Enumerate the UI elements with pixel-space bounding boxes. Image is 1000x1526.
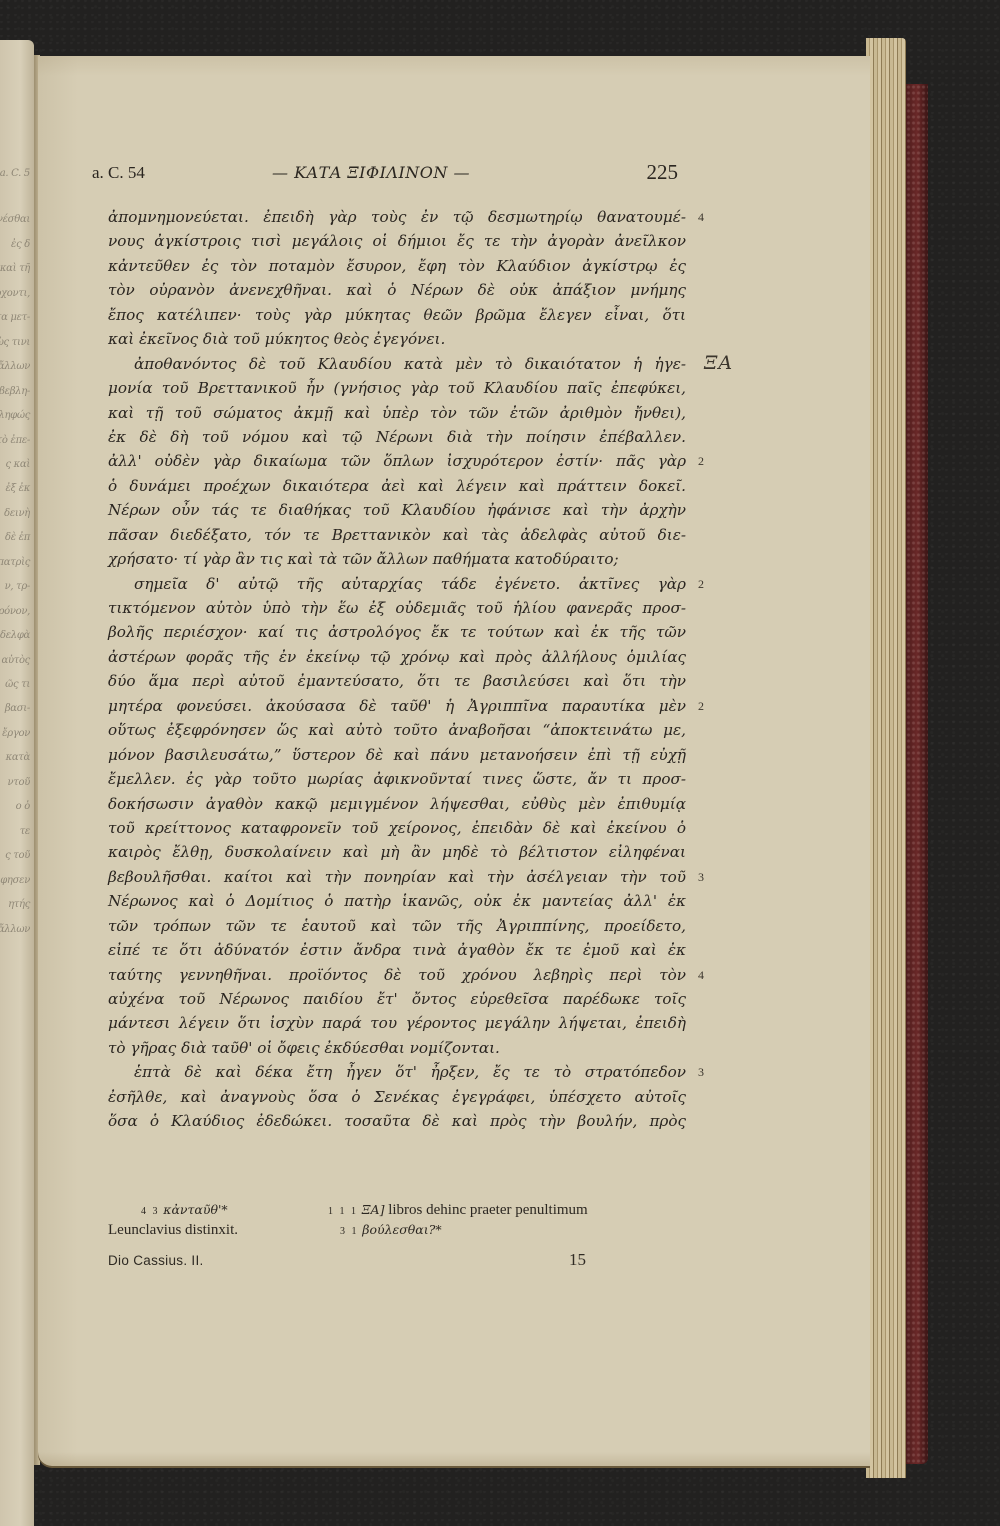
text-line: νους ἀγκίστροις τισὶ μεγάλοις οἱ δήμιοι … [108, 229, 686, 253]
line-text: ἔπος κατέλιπεν· τοὺς γὰρ μύκητας θεῶν βρ… [108, 306, 686, 324]
bleed-through-text: κατὰ [6, 752, 30, 763]
section-number: 2 [698, 572, 704, 596]
section-number: 2 [698, 449, 704, 473]
bleed-through-text: ητής [8, 899, 30, 910]
line-text: ὁ δυνάμει προέχων δικαιότερα ἀεὶ καὶ λέγ… [108, 477, 686, 495]
text-line: τικτόμενον αὐτὸν ὑπὸ τὴν ἕω ἐξ οὐδεμιᾶς … [108, 596, 686, 620]
line-text: καιρὸς ἔλθῃ, δυσκολαίνειν καὶ μὴ ἂν μηδὲ… [108, 843, 686, 861]
line-text: πᾶσαν διεδέξατο, τόν τε Βρεττανικὸν καὶ … [108, 526, 686, 544]
line-text: κἀντεῦθεν ἐς τὸν ποταμὸν ἔσυρον, ἔφη τὸν… [108, 257, 686, 275]
bleed-through-text: δεινὴ [4, 508, 30, 519]
bleed-through-text: χρόνον, [0, 606, 30, 617]
text-line: μάντεσι λέγειν ὅτι ἰσχὺν παρά του γέροντ… [108, 1011, 686, 1035]
bleed-through-text: γενέσθαι [0, 214, 30, 225]
text-line: βεβουλῆσθαι. καίτοι καὶ τὴν πονηρίαν καὶ… [108, 865, 686, 889]
bleed-through-text: πατρὶς [0, 557, 30, 568]
text-line: Νέρωνος καὶ ὁ Δομίτιος ὁ πατὴρ ἱκανῶς, ο… [108, 889, 686, 913]
text-line: βολῆς περιέσχον· καί τις ἀστρολόγος ἔκ τ… [108, 620, 686, 644]
line-text: χρήσατο· τί γὰρ ἂν τις καὶ τὰ τῶν ἄλλων … [108, 550, 619, 568]
year-reference: a. C. 54 [92, 163, 145, 183]
facing-page-edge: a. C. 5γενέσθαιἐς δκαὶ τῆἄρχοντι,ταῦτα μ… [0, 40, 34, 1526]
text-line: ἔπος κατέλιπεν· τοὺς γὰρ μύκητας θεῶν βρ… [108, 303, 686, 327]
line-text: ταύτης γεννηθῆναι. προϊόντος δὲ τοῦ χρόν… [108, 966, 686, 984]
line-text: ἐσῆλθε, καὶ ἀναγνοὺς ὅσα ὁ Σενέκας ἐγεγρ… [108, 1088, 686, 1106]
line-text: ἀπομνημονεύεται. ἐπειδὴ γὰρ τοὺς ἐν τῷ δ… [108, 208, 686, 226]
line-text: βολῆς περιέσχον· καί τις ἀστρολόγος ἔκ τ… [108, 623, 686, 641]
line-text: ἀστέρων φορᾶς τῆς ἐν ἐκείνῳ τῷ χρόνῳ καὶ… [108, 648, 686, 666]
footnote-right-2: 3 1 βούλεσθαι?* [340, 1222, 698, 1239]
text-line: οὕτως ἐξεφρόνησεν ὥς καὶ αὐτὸ τοῦτο ἀναβ… [108, 718, 686, 742]
text-line: καιρὸς ἔλθῃ, δυσκολαίνειν καὶ μὴ ἂν μηδὲ… [108, 840, 686, 864]
footnote-greek: ΞΑ] [362, 1202, 385, 1217]
text-line: ἀλλ' οὐδὲν γὰρ δικαίωμα τῶν ὅπλων ἰσχυρό… [108, 449, 686, 473]
text-line: καὶ τῇ τοῦ σώματος ἀκμῇ καὶ ὑπὲρ τὸν τῶν… [108, 401, 686, 425]
text-line: ἐσῆλθε, καὶ ἀναγνοὺς ὅσα ὁ Σενέκας ἐγεγρ… [108, 1085, 686, 1109]
bleed-through-text: ὡς ἄλλων [0, 361, 30, 372]
line-text: τῶν τρόπων τῶν τε ἑαυτοῦ καὶ τῶν τῆς Ἀγρ… [108, 917, 686, 935]
footnote-ref: 4 3 [141, 1206, 160, 1217]
bleed-through-text: ἀδελφὰ [0, 630, 30, 641]
bleed-through-text: ἐκβεβλη- [0, 386, 30, 397]
page-number: 225 [647, 160, 679, 185]
text-line: πᾶσαν διεδέξατο, τόν τε Βρεττανικὸν καὶ … [108, 523, 686, 547]
line-text: βεβουλῆσθαι. καίτοι καὶ τὴν πονηρίαν καὶ… [108, 868, 686, 886]
line-text: νους ἀγκίστροις τισὶ μεγάλοις οἱ δήμιοι … [108, 232, 686, 250]
text-line: τὸ γῆρας διὰ ταῦθ' οἱ ὄφεις ἐκδύεσθαι νο… [108, 1036, 686, 1060]
footnote-greek: βούλεσθαι?* [362, 1222, 441, 1237]
bleed-through-text: ἄλλων [0, 924, 30, 935]
bleed-through-text: a. C. 5 [0, 168, 30, 179]
line-text: αὐχένα τοῦ Νέρωνος παιδίου ἔτ' ὄντος εὑρ… [108, 990, 686, 1008]
text-line: ἀποθανόντος δὲ τοῦ Κλαυδίου κατὰ μὲν τὸ … [108, 352, 686, 376]
text-line: μόνον βασιλευσάτω,” ὕστερον δὲ καὶ πάνυ … [108, 743, 686, 767]
line-text: καὶ ἐκεῖνος διὰ τοῦ μύκητος θεὸς ἐγεγόνε… [108, 330, 445, 348]
line-text: ἀποθανόντος δὲ τοῦ Κλαυδίου κατὰ μὲν τὸ … [134, 355, 686, 373]
bleed-through-text: δὲ ἐπ [5, 532, 30, 543]
bleed-through-text: ἄρχοντι, [0, 288, 30, 299]
section-number: 4 [698, 205, 704, 229]
bleed-through-text: ν, τρ- [5, 581, 30, 592]
line-text: οὕτως ἐξεφρόνησεν ὥς καὶ αὐτὸ τοῦτο ἀναβ… [108, 721, 686, 739]
line-text: τὸ γῆρας διὰ ταῦθ' οἱ ὄφεις ἐκδύεσθαι νο… [108, 1039, 500, 1057]
footnote-ref: 1 1 1 [328, 1206, 358, 1217]
text-line: μητέρα φονεύσει. ἀκούσασα δὲ ταῦθ' ἡ Ἀγρ… [108, 694, 686, 718]
text-line: ὅσα ὁ Κλαύδιος ἐδεδώκει. τοσαῦτα δὲ καὶ … [108, 1109, 686, 1133]
bleed-through-text: ῶς τι [5, 679, 30, 690]
text-line: δύο ἅμα περὶ αὐτοῦ ἐμαντεύσατο, ὅτι τε β… [108, 669, 686, 693]
text-line: αὐχένα τοῦ Νέρωνος παιδίου ἔτ' ὄντος εὑρ… [108, 987, 686, 1011]
footnote-ref: 3 1 [340, 1226, 359, 1237]
text-line: τῶν τρόπων τῶν τε ἑαυτοῦ καὶ τῶν τῆς Ἀγρ… [108, 914, 686, 938]
running-header: a. C. 54 — ΚΑΤΑ ΞΙΦΙΛΙΝΟΝ — 225 [92, 163, 678, 187]
bleed-through-text: ἐς δ [11, 239, 30, 250]
footnote-right-1: 1 1 1 ΞΑ] libros dehinc praeter penultim… [328, 1202, 686, 1219]
bleed-through-text: καὶ τῆ [0, 263, 30, 274]
line-text: μονία τοῦ Βρεττανικοῦ ἦν (γνήσιος γὰρ το… [108, 379, 686, 397]
text-line: Νέρων οὖν τάς τε διαθήκας τοῦ Κλαυδίου ἠ… [108, 498, 686, 522]
chapter-marker: ΞΑ [704, 351, 733, 375]
text-line: ἔμελλεν. ἐς γὰρ τοῦτο μωρίας ἀφικνοῦνταί… [108, 767, 686, 791]
text-line: τὸν οὐρανὸν ἀνενεχθῆναι. καὶ ὁ Νέρων δὲ … [108, 278, 686, 302]
line-text: τοῦ κρείττονος καταφρονεῖν τοῦ χείρονος,… [108, 819, 686, 837]
line-text: μόνον βασιλευσάτω,” ὕστερον δὲ καὶ πάνυ … [108, 746, 686, 764]
footnote-latin: libros dehinc praeter penultimum [388, 1202, 588, 1218]
line-text: εἰπέ τε ὅτι ἀδύνατόν ἐστιν ἄνδρα τινὰ ἀγ… [108, 941, 686, 959]
line-text: Νέρωνος καὶ ὁ Δομίτιος ὁ πατὴρ ἱκανῶς, ο… [108, 892, 686, 910]
text-line: τοῦ κρείττονος καταφρονεῖν τοῦ χείρονος,… [108, 816, 686, 840]
footnote-left-2: Leunclavius distinxit. [108, 1222, 238, 1239]
text-line: ὁ δυνάμει προέχων δικαιότερα ἀεὶ καὶ λέγ… [108, 474, 686, 498]
bleed-through-text: ς τοῦ [5, 850, 30, 861]
bleed-through-text: ἐξ ἐκ [6, 483, 30, 494]
text-line: δοκήσωσιν ἀγαθὸν κακῷ μεμιγμένον λήψεσθα… [108, 792, 686, 816]
text-line: ἀστέρων φορᾶς τῆς ἐν ἐκείνῳ τῷ χρόνῳ καὶ… [108, 645, 686, 669]
page-edge-stack [866, 38, 906, 1478]
printer-signature-line: Dio Cassius. II. 15 [108, 1253, 686, 1275]
bleed-through-text: ς καὶ [5, 459, 30, 470]
line-text: Νέρων οὖν τάς τε διαθήκας τοῦ Κλαυδίου ἠ… [108, 501, 686, 519]
line-text: ἔμελλεν. ἐς γὰρ τοῦτο μωρίας ἀφικνοῦνταί… [108, 770, 686, 788]
text-line: ταύτης γεννηθῆναι. προϊόντος δὲ τοῦ χρόν… [108, 963, 686, 987]
footnote-greek: κἀνταῦθ'* [163, 1202, 227, 1217]
bleed-through-text: ντοῦ [7, 777, 30, 788]
line-text: δύο ἅμα περὶ αὐτοῦ ἐμαντεύσατο, ὅτι τε β… [108, 672, 686, 690]
bleed-through-text: εἰληφώς [0, 410, 30, 421]
text-line: κἀντεῦθεν ἐς τὸν ποταμὸν ἔσυρον, ἔφη τὸν… [108, 254, 686, 278]
text-line: μονία τοῦ Βρεττανικοῦ ἦν (γνήσιος γὰρ το… [108, 376, 686, 400]
bleed-through-text: ο ὁ [16, 801, 30, 812]
sheet-number: 15 [569, 1250, 586, 1270]
text-line: ἑπτὰ δὲ καὶ δέκα ἔτη ἦγεν ὅτ' ἦρξεν, ἔς … [108, 1060, 686, 1084]
bleed-through-text: τε [20, 826, 30, 837]
text-line: εἰπέ τε ὅτι ἀδύνατόν ἐστιν ἄνδρα τινὰ ἀγ… [108, 938, 686, 962]
bleed-through-text: αὐτὸς [2, 655, 31, 666]
line-text: ὅσα ὁ Κλαύδιος ἐδεδώκει. τοσαῦτα δὲ καὶ … [108, 1112, 686, 1130]
bleed-through-text: βασι- [5, 703, 30, 714]
section-number: 3 [698, 865, 704, 889]
main-text-block: ἀπομνημονεύεται. ἐπειδὴ γὰρ τοὺς ἐν τῷ δ… [108, 205, 686, 1134]
line-text: τικτόμενον αὐτὸν ὑπὸ τὴν ἕω ἐξ οὐδεμιᾶς … [108, 599, 686, 617]
section-number: 4 [698, 963, 704, 987]
line-text: καὶ τῇ τοῦ σώματος ἀκμῇ καὶ ὑπὲρ τὸν τῶν… [108, 404, 686, 422]
bleed-through-text: φησεν [0, 875, 30, 886]
volume-signature: Dio Cassius. II. [108, 1253, 204, 1268]
bleed-through-text: τὸ ἐπε- [0, 435, 30, 446]
line-text: τὸν οὐρανὸν ἀνενεχθῆναι. καὶ ὁ Νέρων δὲ … [108, 281, 686, 299]
section-number: 3 [698, 1060, 704, 1084]
line-text: ἑπτὰ δὲ καὶ δέκα ἔτη ἦγεν ὅτ' ἦρξεν, ἔς … [134, 1063, 686, 1081]
text-line: ἀπομνημονεύεται. ἐπειδὴ γὰρ τοὺς ἐν τῷ δ… [108, 205, 686, 229]
line-text: μάντεσι λέγειν ὅτι ἰσχὺν παρά του γέροντ… [108, 1014, 686, 1032]
line-text: σημεῖα δ' αὐτῷ τῆς αὐταρχίας τάδε ἐγένετ… [134, 575, 686, 593]
text-line: καὶ ἐκεῖνος διὰ τοῦ μύκητος θεὸς ἐγεγόνε… [108, 327, 686, 351]
text-line: σημεῖα δ' αὐτῷ τῆς αὐταρχίας τάδε ἐγένετ… [108, 572, 686, 596]
section-number: 2 [698, 694, 704, 718]
bleed-through-text: ἔργον [2, 728, 30, 739]
text-line: χρήσατο· τί γὰρ ἂν τις καὶ τὰ τῶν ἄλλων … [108, 547, 686, 571]
line-text: ἐκ δὲ δὴ τοῦ νόμου καὶ τῷ Νέρωνι διὰ τὴν… [108, 428, 686, 446]
critical-apparatus: 4 3 κἀνταῦθ'* 1 1 1 ΞΑ] libros dehinc pr… [108, 1202, 686, 1242]
bleed-through-text: ὡς τινι [0, 337, 30, 348]
running-title: — ΚΑΤΑ ΞΙΦΙΛΙΝΟΝ — [272, 163, 470, 182]
line-text: δοκήσωσιν ἀγαθὸν κακῷ μεμιγμένον λήψεσθα… [108, 795, 686, 813]
line-text: μητέρα φονεύσει. ἀκούσασα δὲ ταῦθ' ἡ Ἀγρ… [108, 697, 686, 715]
text-line: ἐκ δὲ δὴ τοῦ νόμου καὶ τῷ Νέρωνι διὰ τὴν… [108, 425, 686, 449]
bleed-through-text: ταῦτα μετ- [0, 312, 30, 323]
line-text: ἀλλ' οὐδὲν γὰρ δικαίωμα τῶν ὅπλων ἰσχυρό… [108, 452, 686, 470]
footnote-left-1: 4 3 κἀνταῦθ'* [141, 1202, 228, 1219]
footnote-row: Leunclavius distinxit. 3 1 βούλεσθαι?* [108, 1222, 686, 1242]
book-spine-leather [906, 84, 928, 1464]
footnote-row: 4 3 κἀνταῦθ'* 1 1 1 ΞΑ] libros dehinc pr… [108, 1202, 686, 1222]
